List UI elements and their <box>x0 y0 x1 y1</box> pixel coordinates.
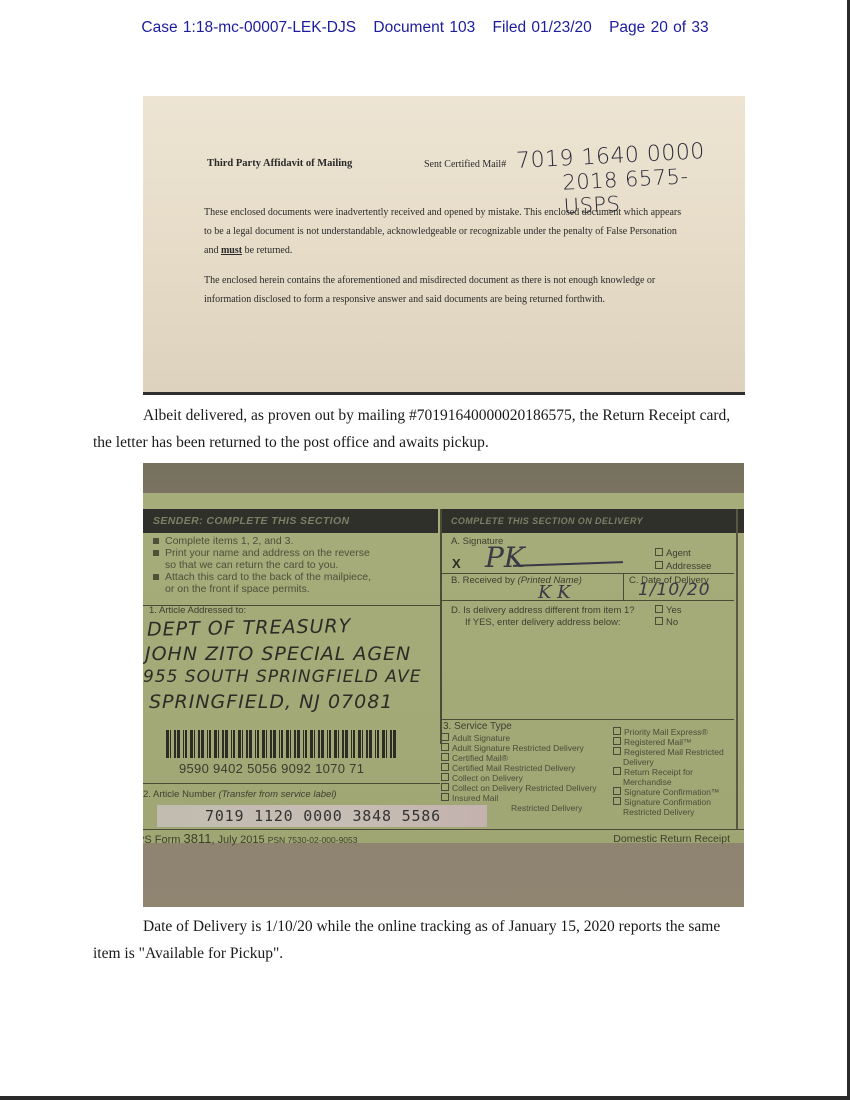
signature-x: X <box>452 556 461 571</box>
question-d: D. Is delivery address different from it… <box>451 605 635 629</box>
divider <box>441 600 734 601</box>
page-edge <box>0 1096 850 1100</box>
article-number-label: 2. Article Number (Transfer from service… <box>143 789 337 800</box>
affidavit-paragraph-2: The enclosed herein contains the aforeme… <box>204 271 684 309</box>
card-edge <box>736 509 738 829</box>
form-footer: PS Form 3811, July 2015 PSN 7530-02-000-… <box>143 831 358 846</box>
yes-checkbox: Yes <box>655 605 682 616</box>
no-checkbox: No <box>655 617 678 628</box>
article-number: 7019 1120 0000 3848 5586 <box>157 805 487 827</box>
signature-value: PK <box>485 541 525 574</box>
body-paragraph-1: Albeit delivered, as proven out by maili… <box>93 402 743 456</box>
signature-stroke <box>513 561 623 567</box>
domestic-return-receipt: Domestic Return Receipt <box>613 833 730 845</box>
divider <box>441 573 734 574</box>
barcode <box>166 730 398 758</box>
document-number: Document 103 <box>373 19 475 36</box>
case-number: Case 1:18-mc-00007-LEK-DJS <box>141 19 356 36</box>
address-line: SPRINGFIELD, NJ 07081 <box>149 691 393 713</box>
page-number: Page 20 of 33 <box>609 19 709 36</box>
article-addressed-label: 1. Article Addressed to: <box>149 605 246 616</box>
service-type-label: 3. Service Type <box>443 721 512 732</box>
delivery-section-band: COMPLETE THIS SECTION ON DELIVERY <box>441 509 744 533</box>
return-receipt-card: SENDER: COMPLETE THIS SECTION COMPLETE T… <box>143 493 744 843</box>
address-line: 955 SOUTH SPRINGFIELD AVE <box>143 667 421 687</box>
body-paragraph-2: Date of Delivery is 1/10/20 while the on… <box>93 913 743 967</box>
date-of-delivery-value: 1/10/20 <box>638 580 711 600</box>
divider <box>143 829 744 830</box>
address-line: JOHN ZITO SPECIAL AGEN <box>145 643 411 665</box>
affidavit-title: Third Party Affidavit of Mailing <box>207 158 352 169</box>
affidavit-paragraph-1: These enclosed documents were inadverten… <box>204 203 684 260</box>
divider <box>143 783 440 784</box>
addressee-checkbox: Addressee <box>655 561 711 572</box>
sender-instructions: Complete items 1, 2, and 3. Print your n… <box>153 535 371 595</box>
divider <box>441 719 734 720</box>
return-receipt-photo: SENDER: COMPLETE THIS SECTION COMPLETE T… <box>143 463 744 907</box>
divider <box>623 573 624 600</box>
barcode-number: 9590 9402 5056 9092 1070 71 <box>179 761 364 776</box>
affidavit-photo: Third Party Affidavit of Mailing Sent Ce… <box>143 96 745 395</box>
sent-certified-label: Sent Certified Mail# <box>424 159 506 170</box>
address-line: DEPT OF TREASURY <box>147 615 352 641</box>
service-options-right: Priority Mail Express® Registered Mail™ … <box>613 727 724 817</box>
service-options-left: Adult Signature Adult Signature Restrict… <box>441 733 597 813</box>
sender-section-band: SENDER: COMPLETE THIS SECTION <box>143 509 438 533</box>
filed-date: Filed 01/23/20 <box>493 19 592 36</box>
ecf-header: Case 1:18-mc-00007-LEK-DJS Document 103 … <box>0 19 850 37</box>
column-divider <box>440 509 442 744</box>
agent-checkbox: Agent <box>655 548 691 559</box>
